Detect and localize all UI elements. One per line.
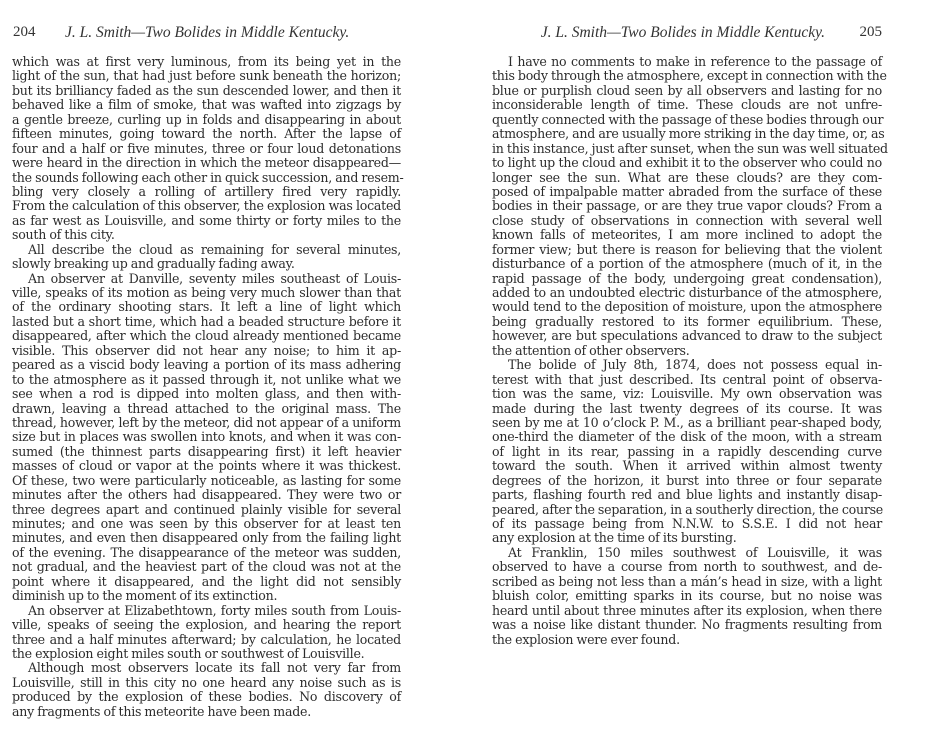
- text-line: to the atmosphere as it passed through i…: [12, 373, 401, 387]
- text-line: degrees of the horizon, it burst into th…: [492, 474, 882, 488]
- text-line: would tend to the deposition of moisture…: [492, 300, 882, 314]
- text-line: close study of observations in connectio…: [492, 214, 882, 228]
- text-line: disturbance of a portion of the atmosphe…: [492, 257, 882, 271]
- text-line: to light up the cloud and exhibit it to …: [492, 156, 882, 170]
- text-line: this body through the atmosphere, except…: [492, 69, 882, 83]
- body-text: which was at first very luminous, from i…: [12, 55, 401, 719]
- text-line: light of the sun, that had just before s…: [12, 69, 401, 83]
- text-line: terest with that just described. Its cen…: [492, 373, 882, 387]
- text-line: tion was the same, viz: Louisville. My o…: [492, 387, 882, 401]
- text-line: An observer at Danville, seventy miles s…: [12, 272, 401, 286]
- text-line: of the ordinary shooting stars. It left …: [12, 300, 401, 314]
- running-head-title: J. L. Smith—Two Bolides in Middle Kentuc…: [65, 24, 349, 42]
- text-line: in this instance, just after sunset, whe…: [492, 142, 882, 156]
- text-line: which was at first very luminous, from i…: [12, 55, 401, 69]
- text-line: fifteen minutes, going toward the north.…: [12, 127, 401, 141]
- text-line: however, are but speculations advanced t…: [492, 329, 882, 343]
- text-line: former view; but there is reason for bel…: [492, 243, 882, 257]
- text-line: ville, speaks of seeing the explosion, a…: [12, 618, 401, 632]
- text-line: the explosion eight miles south or south…: [12, 647, 401, 661]
- text-line: masses of cloud or vapor at the points w…: [12, 459, 401, 473]
- text-line: of the evening. The disappearance of the…: [12, 546, 401, 560]
- text-line: known falls of meteorites, I am more inc…: [492, 228, 882, 242]
- text-line: seen by me at 10 o’clock P. M., as a bri…: [492, 416, 882, 430]
- text-line: atmosphere, and are usually more strikin…: [492, 127, 882, 141]
- text-line: of its passage being from N.N.W. to S.S.…: [492, 517, 882, 531]
- text-line: were heard in the direction in which the…: [12, 156, 401, 170]
- text-line: minutes after the others had disappeared…: [12, 488, 401, 502]
- text-line: four and a half or five minutes, three o…: [12, 142, 401, 156]
- text-line: heard until about three minutes after it…: [492, 604, 882, 618]
- text-line: The bolide of July 8th, 1874, does not p…: [492, 358, 882, 372]
- text-line: slowly breaking up and gradually fading …: [12, 257, 401, 271]
- text-line: blue or purplish cloud seen by all obser…: [492, 84, 882, 98]
- text-line: longer see the sun. What are these cloud…: [492, 171, 882, 185]
- text-line: bodies in their passage, or are they tru…: [492, 199, 882, 213]
- text-line: any fragments of this meteorite have bee…: [12, 705, 401, 719]
- text-line: An observer at Elizabethtown, forty mile…: [12, 604, 401, 618]
- text-line: three degrees apart and continued plainl…: [12, 503, 401, 517]
- text-line: south of this city.: [12, 228, 401, 242]
- text-line: was a noise like distant thunder. No fra…: [492, 618, 882, 632]
- page-number: 205: [860, 24, 883, 41]
- text-line: thread, however, left by the meteor, did…: [12, 416, 401, 430]
- text-line: Although most observers locate its fall …: [12, 661, 401, 675]
- running-head: 204 J. L. Smith—Two Bolides in Middle Ke…: [12, 24, 401, 44]
- text-line: as far west as Louisville, and some thir…: [12, 214, 401, 228]
- text-line: minutes; and one was seen by this observ…: [12, 517, 401, 531]
- text-line: bling very closely a rolling of artiller…: [12, 185, 401, 199]
- text-line: size but in places was swollen into knot…: [12, 430, 401, 444]
- text-line: posed of impalpable matter abraded from …: [492, 185, 882, 199]
- text-line: added to an undoubted electric disturban…: [492, 286, 882, 300]
- text-line: scribed as being not less than a mán’s h…: [492, 575, 882, 589]
- text-line: made during the last twenty degrees of i…: [492, 402, 882, 416]
- text-line: visible. This observer did not hear any …: [12, 344, 401, 358]
- text-line: Louisville, still in this city no one he…: [12, 676, 401, 690]
- text-line: the explosion were ever found.: [492, 633, 882, 647]
- text-line: diminish up to the moment of its extinct…: [12, 589, 401, 603]
- right-page: J. L. Smith—Two Bolides in Middle Kentuc…: [492, 0, 882, 750]
- text-line: being gradually restored to its former e…: [492, 315, 882, 329]
- text-line: but its brilliancy faded as the sun desc…: [12, 84, 401, 98]
- text-line: At Franklin, 150 miles southwest of Loui…: [492, 546, 882, 560]
- text-line: not gradual, and the heaviest part of th…: [12, 560, 401, 574]
- text-line: produced by the explosion of these bodie…: [12, 690, 401, 704]
- text-line: peared, after the separation, in a south…: [492, 503, 882, 517]
- text-line: minutes, and even then disappeared only …: [12, 531, 401, 545]
- text-line: see when a rod is dipped into molten gla…: [12, 387, 401, 401]
- text-line: the sounds following each other in quick…: [12, 171, 401, 185]
- text-line: From the calculation of this observer, t…: [12, 199, 401, 213]
- text-line: ville, speaks of its motion as being ver…: [12, 286, 401, 300]
- running-head: J. L. Smith—Two Bolides in Middle Kentuc…: [492, 24, 882, 44]
- text-line: toward the south. When it arrived within…: [492, 459, 882, 473]
- text-line: parts, flashing fourth red and blue ligh…: [492, 488, 882, 502]
- text-line: one-third the diameter of the disk of th…: [492, 430, 882, 444]
- text-line: the attention of other observers.: [492, 344, 882, 358]
- text-line: rapid passage of the body, undergoing gr…: [492, 272, 882, 286]
- text-line: peared as a viscid body leaving a portio…: [12, 358, 401, 372]
- text-line: bluish color, emitting sparks in its cou…: [492, 589, 882, 603]
- text-line: sumed (the thinnest parts disappearing f…: [12, 445, 401, 459]
- text-line: three and a half minutes afterward; by c…: [12, 633, 401, 647]
- left-page: 204 J. L. Smith—Two Bolides in Middle Ke…: [12, 0, 401, 750]
- body-text: I have no comments to make in reference …: [492, 55, 882, 647]
- text-line: a gentle breeze, curling up in folds and…: [12, 113, 401, 127]
- text-line: point where it disappeared, and the ligh…: [12, 575, 401, 589]
- text-line: behaved like a film of smoke, that was w…: [12, 98, 401, 112]
- text-line: observed to have a course from north to …: [492, 560, 882, 574]
- text-line: of light in its rear, passing in a rapid…: [492, 445, 882, 459]
- text-line: I have no comments to make in reference …: [492, 55, 882, 69]
- text-line: drawn, leaving a thread attached to the …: [12, 402, 401, 416]
- text-line: quently connected with the passage of th…: [492, 113, 882, 127]
- text-line: lasted but a short time, which had a bea…: [12, 315, 401, 329]
- text-line: Of these, two were particularly noticeab…: [12, 474, 401, 488]
- text-line: any explosion at the time of its burstin…: [492, 531, 882, 545]
- page-number: 204: [13, 24, 36, 41]
- text-line: inconsiderable length of time. These clo…: [492, 98, 882, 112]
- running-head-title: J. L. Smith—Two Bolides in Middle Kentuc…: [541, 24, 825, 42]
- text-line: All describe the cloud as remaining for …: [12, 243, 401, 257]
- text-line: disappeared, after which the cloud alrea…: [12, 329, 401, 343]
